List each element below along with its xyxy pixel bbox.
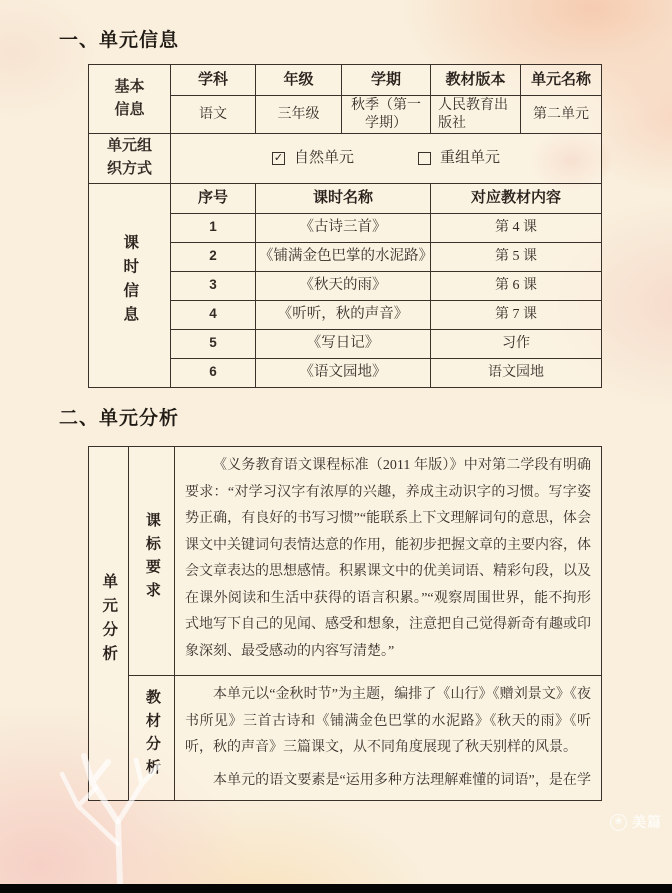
unit-analysis-table: 单元分析 课标要求 《义务教育语文课程标准（2011 年版）》中对第二学段有明确… [88,446,602,801]
material-analysis-paragraph-2: 本单元的语文要素是“运用多种方法理解难懂的词语”，是在学生 [185,768,591,793]
lesson-content: 习作 [431,329,602,358]
header-textbook-version: 教材版本 [431,65,521,96]
header-term: 学期 [342,65,431,96]
lesson-no: 4 [171,300,256,329]
org-option-regrouped: 重组单元 [418,149,500,168]
value-term: 秋季（第一学期） [342,96,431,134]
header-subject: 学科 [171,65,256,96]
lesson-no: 2 [171,242,256,271]
lesson-name: 《听听，秋的声音》 [256,300,431,329]
material-analysis-paragraph-1: 本单元以“金秋时节”为主题，编排了《山行》《赠刘景文》《夜书所见》三首古诗和《铺… [185,682,591,762]
bottom-black-bar [0,884,672,893]
lesson-content: 第 4 课 [431,213,602,242]
lesson-no: 5 [171,329,256,358]
value-textbook-version: 人民教育出版社 [431,96,521,134]
checkbox-unchecked-icon[interactable] [418,152,431,165]
lesson-header-content: 对应教材内容 [431,183,602,213]
watermark-text: 美篇 [632,812,662,832]
lesson-header-no: 序号 [171,183,256,213]
lesson-name: 《语文园地》 [256,358,431,387]
org-option-regrouped-label: 重组单元 [440,149,500,168]
section-title-unit-info: 一、单元信息 [59,25,179,52]
document-page: 一、单元信息 基本信息 学科 年级 学期 教材版本 单元名称 语文 三年级 秋季… [0,0,672,893]
lesson-content: 第 5 课 [431,242,602,271]
org-method-label: 单元组织方式 [89,134,171,184]
standard-requirements-text: 《义务教育语文课程标准（2011 年版）》中对第二学段有明确要求：“对学习汉字有… [175,447,602,676]
org-option-natural: ✓ 自然单元 [272,149,354,168]
header-grade: 年级 [256,65,342,96]
lesson-name: 《写日记》 [256,329,431,358]
material-analysis-label: 教材分析 [129,676,175,801]
unit-analysis-label: 单元分析 [89,447,129,801]
standard-requirements-paragraph: 《义务教育语文课程标准（2011 年版）》中对第二学段有明确要求：“对学习汉字有… [185,453,591,665]
lesson-content: 语文园地 [431,358,602,387]
standard-requirements-label: 课标要求 [129,447,175,676]
checkbox-checked-icon[interactable]: ✓ [272,152,285,165]
lesson-no: 1 [171,213,256,242]
lesson-name: 《秋天的雨》 [256,271,431,300]
value-unit-name: 第二单元 [521,96,602,134]
value-subject: 语文 [171,96,256,134]
lesson-no: 3 [171,271,256,300]
unit-info-table: 基本信息 学科 年级 学期 教材版本 单元名称 语文 三年级 秋季（第一学期） … [88,64,602,388]
lesson-name: 《铺满金色巴掌的水泥路》 [256,242,431,271]
lesson-content: 第 7 课 [431,300,602,329]
basic-info-label: 基本信息 [89,65,171,134]
section-title-unit-analysis: 二、单元分析 [59,403,179,430]
lesson-header-name: 课时名称 [256,183,431,213]
header-unit-name: 单元名称 [521,65,602,96]
watermark: ❀ 美篇 [610,812,662,832]
lesson-info-label: 课时信息 [89,183,171,387]
meipian-logo-icon: ❀ [610,814,627,831]
lesson-no: 6 [171,358,256,387]
lesson-content: 第 6 课 [431,271,602,300]
org-option-natural-label: 自然单元 [294,149,354,168]
material-analysis-text: 本单元以“金秋时节”为主题，编排了《山行》《赠刘景文》《夜书所见》三首古诗和《铺… [175,676,602,801]
value-grade: 三年级 [256,96,342,134]
lesson-name: 《古诗三首》 [256,213,431,242]
org-method-options: ✓ 自然单元 重组单元 [171,134,602,184]
